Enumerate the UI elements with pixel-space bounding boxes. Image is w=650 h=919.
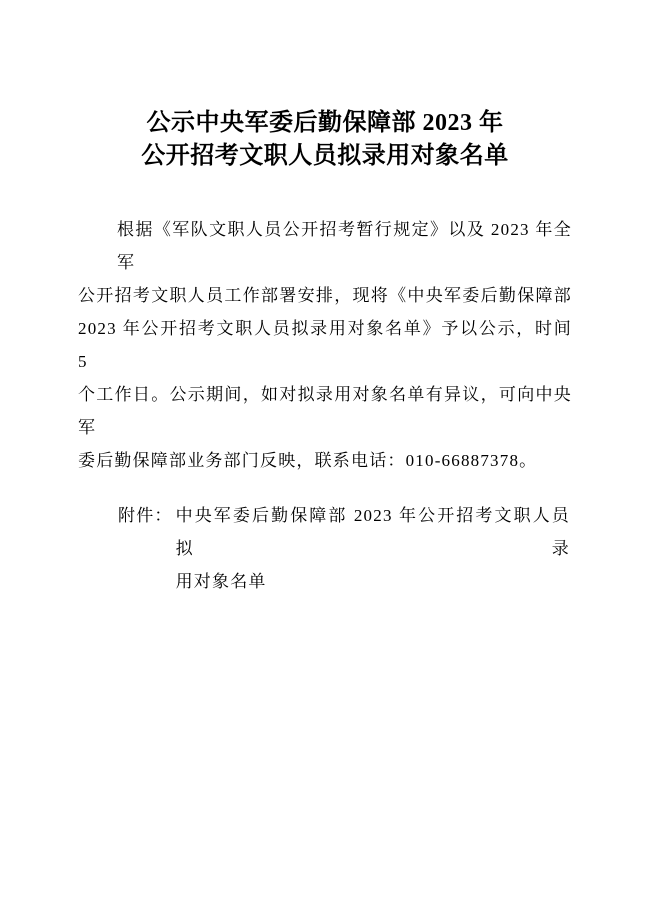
attachment-line-1: 中央军委后勤保障部 2023 年公开招考文职人员拟录 [176,499,570,565]
attachment-label: 附件： [118,499,173,598]
attachment-note: 附件： 中央军委后勤保障部 2023 年公开招考文职人员拟录 用对象名单 [118,499,570,598]
body-paragraph: 根据《军队文职人员公开招考暂行规定》以及 2023 年全军 公开招考文职人员工作… [78,213,572,477]
document-title: 公示中央军委后勤保障部 2023 年 公开招考文职人员拟录用对象名单 [0,0,650,173]
document-page: 公示中央军委后勤保障部 2023 年 公开招考文职人员拟录用对象名单 根据《军队… [0,0,650,919]
body-line: 2023 年公开招考文职人员拟录用对象名单》予以公示，时间 5 [78,312,572,378]
body-line: 公开招考文职人员工作部署安排，现将《中央军委后勤保障部 [78,279,572,312]
attachment-text: 中央军委后勤保障部 2023 年公开招考文职人员拟录 用对象名单 [176,499,570,598]
body-line-last: 委后勤保障部业务部门反映，联系电话：010-66887378。 [78,444,572,477]
title-line-1: 公示中央军委后勤保障部 2023 年 [0,107,650,140]
attachment-line-2: 用对象名单 [176,565,570,598]
body-line: 个工作日。公示期间，如对拟录用对象名单有异议，可向中央军 [78,378,572,444]
title-line-2: 公开招考文职人员拟录用对象名单 [0,140,650,173]
body-line: 根据《军队文职人员公开招考暂行规定》以及 2023 年全军 [78,213,572,279]
